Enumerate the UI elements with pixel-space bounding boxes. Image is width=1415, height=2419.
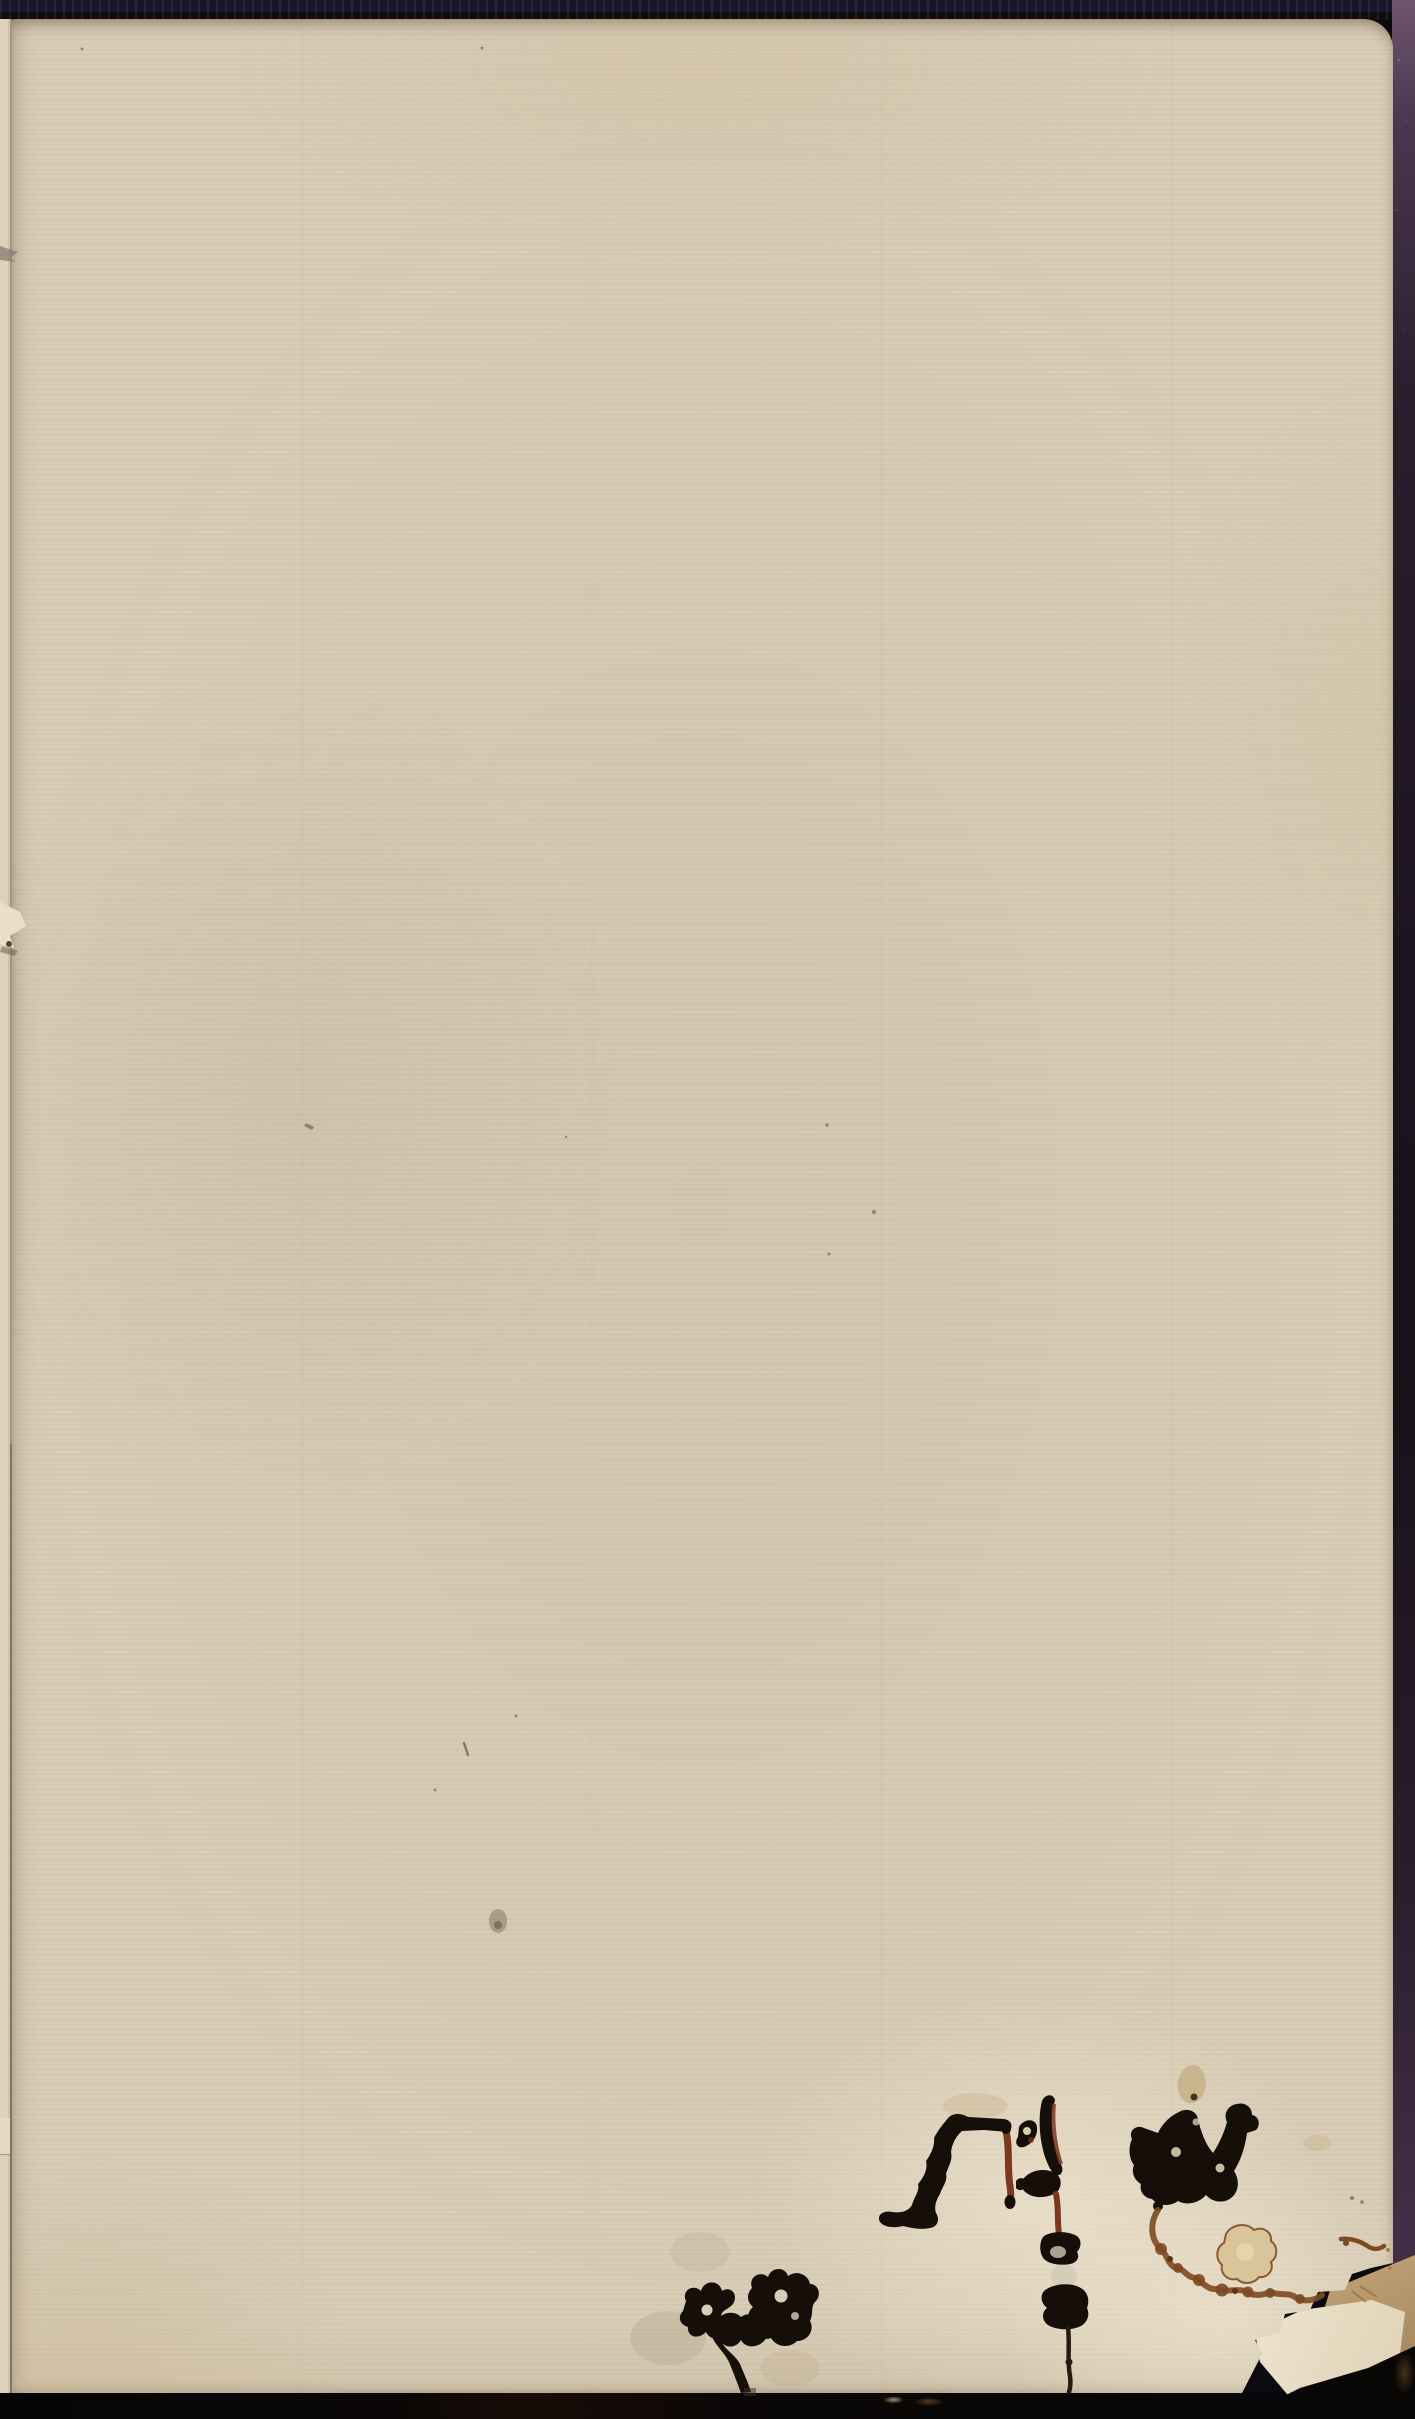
book-scan xyxy=(0,0,1415,2419)
cover-right-edge xyxy=(1392,0,1415,2419)
gutter-page-sliver xyxy=(0,19,12,2393)
bottom-strip-stain xyxy=(878,2394,956,2407)
gutter-sliver-break xyxy=(0,2118,10,2154)
corner-board-notch xyxy=(1394,2352,1415,2394)
blank-page xyxy=(11,19,1393,2393)
cover-top-edge xyxy=(0,0,1415,20)
cover-bottom-edge xyxy=(0,2392,1415,2419)
